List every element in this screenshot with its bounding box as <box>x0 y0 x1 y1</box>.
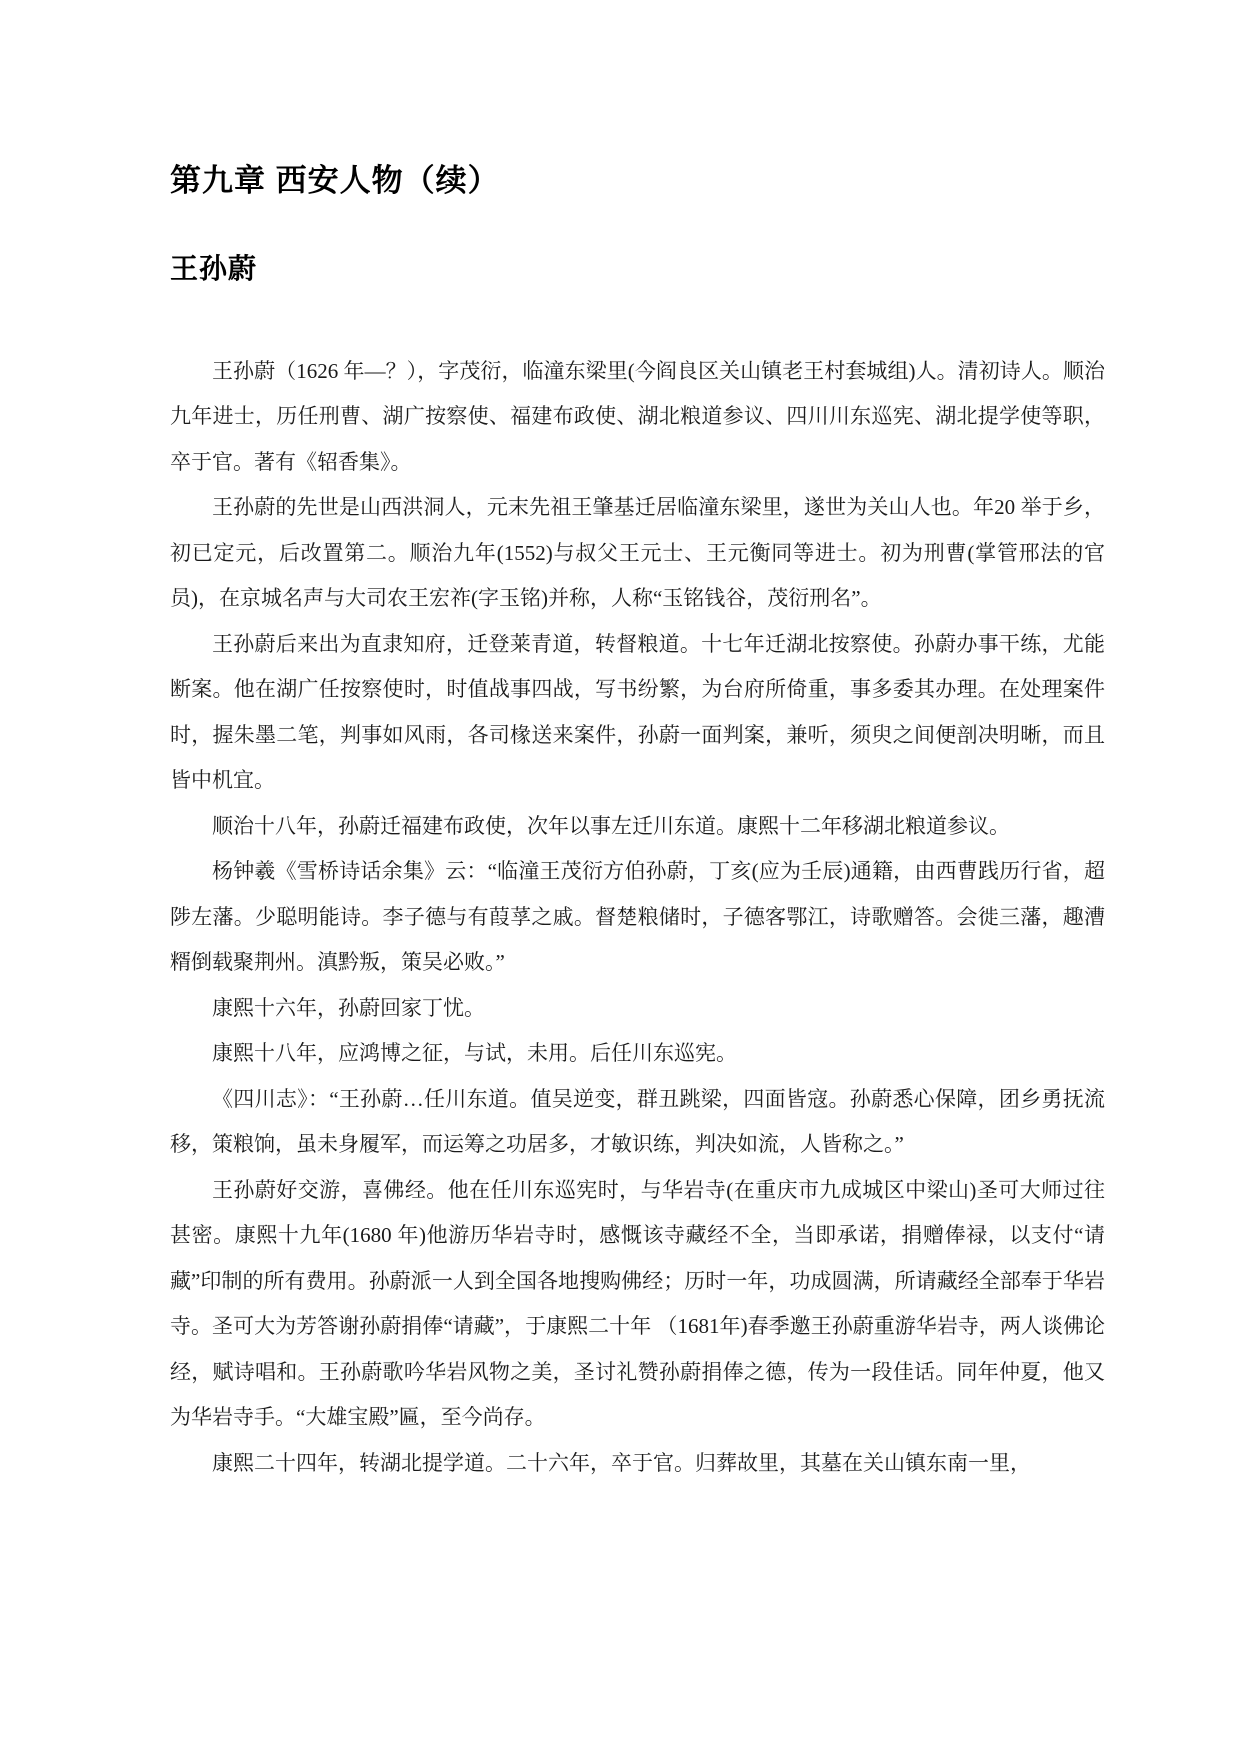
paragraph-shunzhi-18: 顺治十八年，孙蔚迁福建布政使，次年以事左迁川东道。康熙十二年移湖北粮道参议。 <box>170 804 1105 850</box>
document-body: 王孙蔚（1626 年—？），字茂衍，临潼东梁里(今阎良区关山镇老王村套城组)人。… <box>170 349 1105 1487</box>
paragraph-death: 康熙二十四年，转湖北提学道。二十六年，卒于官。归葬故里，其墓在关山镇东南一里， <box>170 1441 1105 1487</box>
section-title: 王孙蔚 <box>170 253 1105 285</box>
paragraph-intro: 王孙蔚（1626 年—？），字茂衍，临潼东梁里(今阎良区关山镇老王村套城组)人。… <box>170 349 1105 486</box>
paragraph-kangxi-16: 康熙十六年，孙蔚回家丁忧。 <box>170 986 1105 1032</box>
paragraph-xueqiao-quote: 杨钟羲《雪桥诗话余集》云：“临潼王茂衍方伯孙蔚，丁亥(应为壬辰)通籍，由西曹践历… <box>170 849 1105 986</box>
chapter-title: 第九章 西安人物（续） <box>170 163 1105 199</box>
paragraph-career: 王孙蔚后来出为直隶知府，迁登莱青道，转督粮道。十七年迁湖北按察使。孙蔚办事干练，… <box>170 622 1105 804</box>
paragraph-sichuanzhi-quote: 《四川志》：“王孙蔚…任川东道。值吴逆变，群丑跳梁，四面皆寇。孙蔚悉心保障，团乡… <box>170 1077 1105 1168</box>
document-page: 第九章 西安人物（续） 王孙蔚 王孙蔚（1626 年—？），字茂衍，临潼东梁里(… <box>0 0 1240 1754</box>
paragraph-huayan-temple: 王孙蔚好交游，喜佛经。他在任川东巡宪时，与华岩寺(在重庆市九成城区中梁山)圣可大… <box>170 1168 1105 1441</box>
paragraph-kangxi-18: 康熙十八年，应鸿博之征，与试，未用。后任川东巡宪。 <box>170 1031 1105 1077</box>
paragraph-ancestry: 王孙蔚的先世是山西洪洞人，元末先祖王肇基迁居临潼东梁里，遂世为关山人也。年20 … <box>170 485 1105 622</box>
